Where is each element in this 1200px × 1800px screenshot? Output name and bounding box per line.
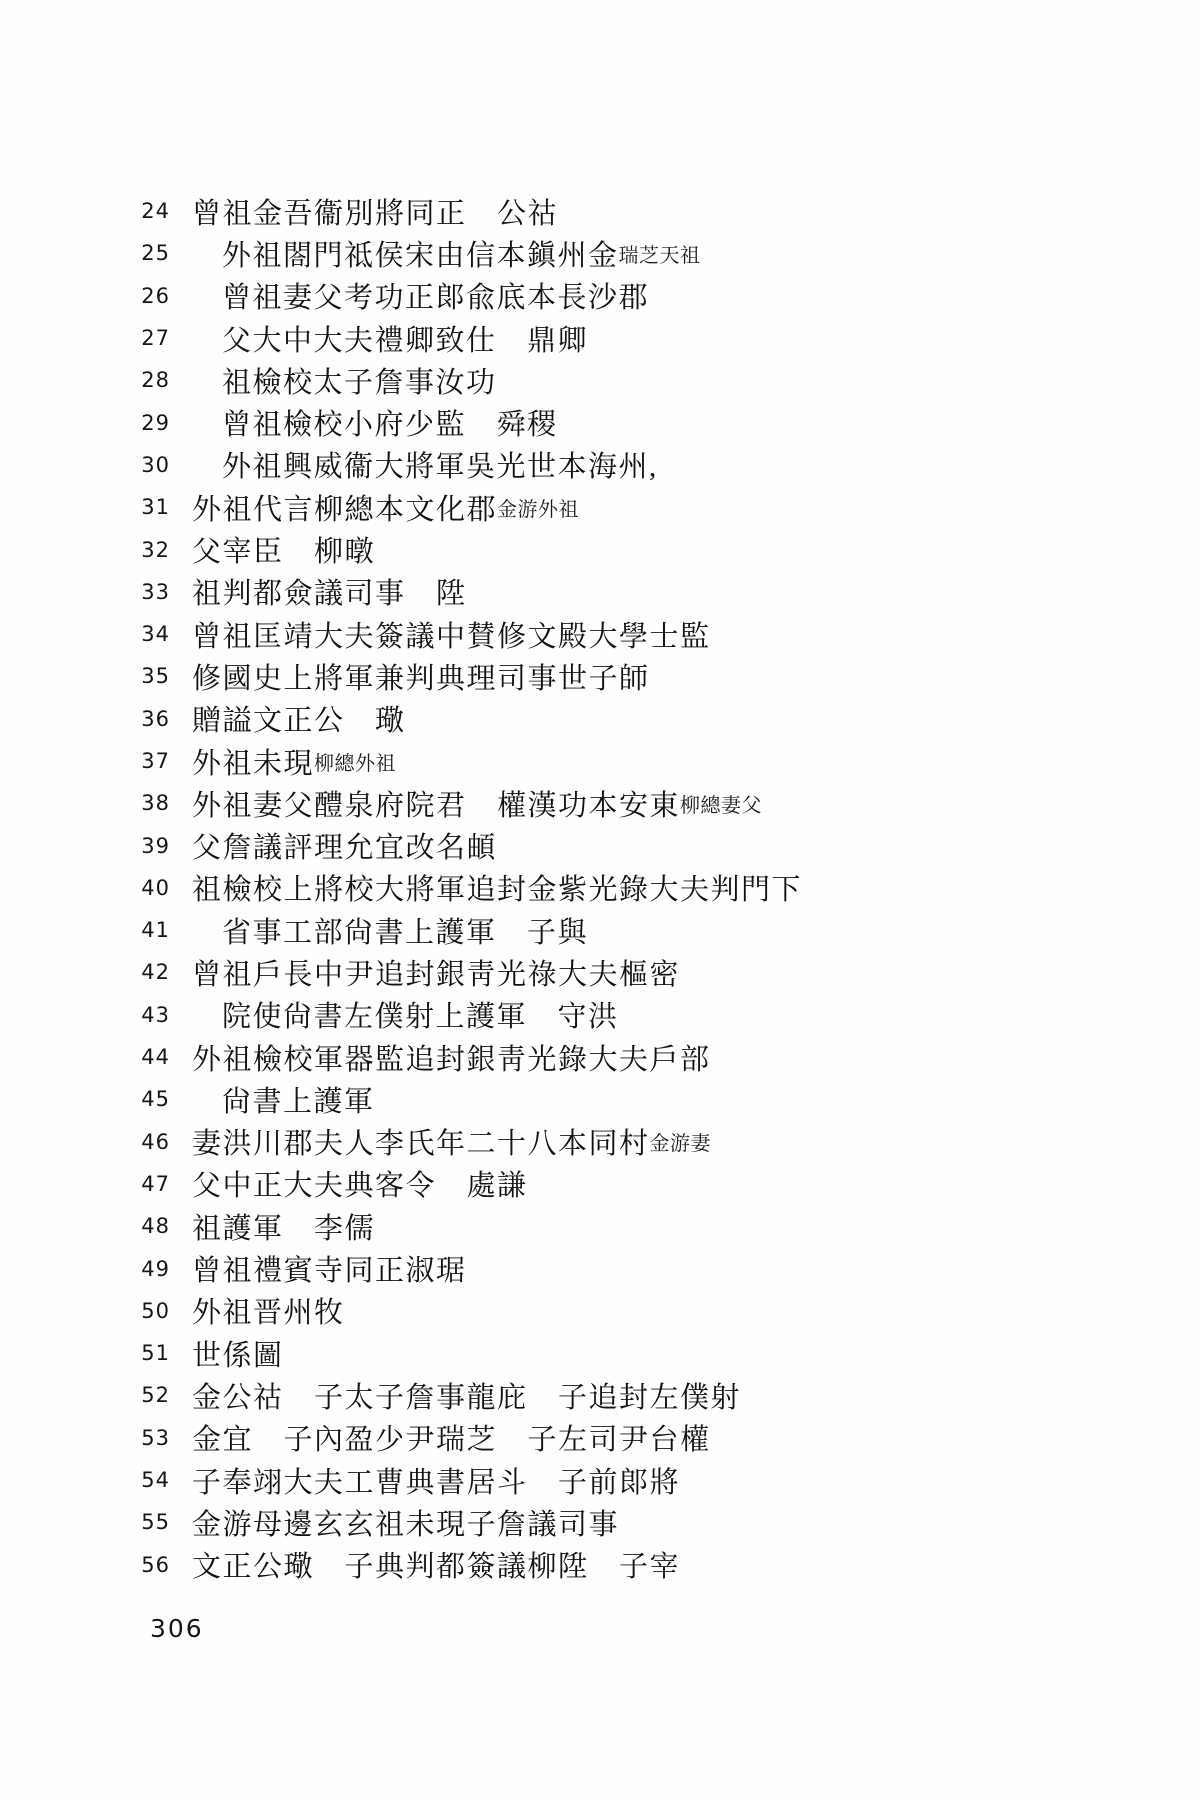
line-number: 36 [126,707,170,731]
line-number: 39 [126,834,170,858]
line-number: 31 [126,495,170,519]
register-line: 26曾祖妻父考功正郞兪底本長沙郡 [0,275,1200,317]
line-text: 金宜 子內盈少尹瑞芝 子左司尹台權 [192,1417,711,1458]
line-number: 28 [126,368,170,392]
line-text: 父宰臣 柳暾 [192,529,375,570]
register-line: 49曾祖禮賓寺同正淑琚 [0,1247,1200,1289]
line-text: 外祖閤門祗侯宋由信本鎭州金 [222,233,619,274]
register-line: 48祖護軍 李儒 [0,1205,1200,1247]
register-line: 34曾祖匡靖大夫簽議中賛修文殿大學士監 [0,613,1200,655]
line-number: 33 [126,580,170,604]
line-number: 25 [126,241,170,265]
register-line: 28祖檢校太子詹事汝功 [0,359,1200,401]
register-line: 44外祖檢校軍器監追封銀靑光錄大夫戶部 [0,1036,1200,1078]
register-line: 42曾祖戶長中尹追封銀靑光祿大夫樞密 [0,951,1200,993]
register-line: 36贈謚文正公 璥 [0,698,1200,740]
line-text: 祖護軍 李儒 [192,1206,375,1247]
register-line-list: 24曾祖金吾衞別將同正 公祜25外祖閤門祗侯宋由信本鎭州金瑞芝天祖26曾祖妻父考… [0,190,1200,1586]
register-line: 24曾祖金吾衞別將同正 公祜 [0,190,1200,232]
line-text: 金公祜 子太子詹事龍庇 子追封左僕射 [192,1375,741,1416]
line-number: 49 [126,1257,170,1281]
line-number: 56 [126,1553,170,1577]
line-text: 父大中大夫禮卿致仕 鼎卿 [222,318,588,359]
line-number: 37 [126,749,170,773]
line-number: 24 [126,199,170,223]
line-text: 外祖未現 [192,741,314,782]
line-number: 48 [126,1214,170,1238]
register-line: 25外祖閤門祗侯宋由信本鎭州金瑞芝天祖 [0,232,1200,274]
line-note: 金游妻 [650,1127,712,1156]
line-number: 26 [126,284,170,308]
register-line: 50外祖晋州牧 [0,1290,1200,1332]
line-text: 曾祖匡靖大夫簽議中賛修文殿大學士監 [192,614,711,655]
line-text: 外祖晋州牧 [192,1290,345,1331]
line-number: 38 [126,791,170,815]
register-line: 51世係圖 [0,1332,1200,1374]
line-text: 曾祖妻父考功正郞兪底本長沙郡 [222,275,649,316]
line-text: 世係圖 [192,1333,284,1374]
register-line: 30外祖興威衞大將軍吳光世本海州, [0,444,1200,486]
document-page: 24曾祖金吾衞別將同正 公祜25外祖閤門祗侯宋由信本鎭州金瑞芝天祖26曾祖妻父考… [0,0,1200,1800]
line-text: 修國史上將軍兼判典理司事世子師 [192,656,650,697]
line-text: 祖檢校上將校大將軍追封金紫光錄大夫判門下 [192,867,802,908]
line-number: 35 [126,664,170,688]
line-text: 曾祖檢校小府少監 舜稷 [222,402,558,443]
line-text: 院使尙書左僕射上護軍 守洪 [222,994,619,1035]
line-text: 曾祖戶長中尹追封銀靑光祿大夫樞密 [192,952,680,993]
line-note: 柳總妻父 [680,789,762,818]
line-number: 45 [126,1087,170,1111]
register-line: 33祖判都僉議司事 陞 [0,571,1200,613]
register-line: 39父詹議評理允宜改名頔 [0,824,1200,866]
register-line: 45尙書上護軍 [0,1078,1200,1120]
register-line: 53金宜 子內盈少尹瑞芝 子左司尹台權 [0,1417,1200,1459]
register-line: 47父中正大夫典客令 處謙 [0,1163,1200,1205]
line-number: 42 [126,960,170,984]
register-line: 35修國史上將軍兼判典理司事世子師 [0,655,1200,697]
register-line: 56文正公璥 子典判都簽議柳陞 子宰 [0,1544,1200,1586]
line-text: 外祖代言柳總本文化郡 [192,487,497,528]
register-line: 31外祖代言柳總本文化郡金游外祖 [0,486,1200,528]
line-note: 柳總外祖 [314,747,396,776]
line-text: 外祖興威衞大將軍吳光世本海州, [222,444,658,485]
register-line: 46妻洪川郡夫人李氏年二十八本同村金游妻 [0,1121,1200,1163]
line-text: 祖判都僉議司事 陞 [192,571,467,612]
line-text: 文正公璥 子典判都簽議柳陞 子宰 [192,1544,680,1585]
line-text: 祖檢校太子詹事汝功 [222,360,497,401]
line-text: 父中正大夫典客令 處謙 [192,1163,528,1204]
register-line: 29曾祖檢校小府少監 舜稷 [0,401,1200,443]
line-text: 曾祖金吾衞別將同正 公祜 [192,191,558,232]
line-number: 54 [126,1468,170,1492]
line-text: 父詹議評理允宜改名頔 [192,825,497,866]
line-number: 40 [126,876,170,900]
line-text: 尙書上護軍 [222,1079,375,1120]
line-number: 27 [126,326,170,350]
line-number: 29 [126,411,170,435]
line-number: 32 [126,538,170,562]
register-line: 43院使尙書左僕射上護軍 守洪 [0,994,1200,1036]
register-line: 32父宰臣 柳暾 [0,528,1200,570]
line-text: 贈謚文正公 璥 [192,698,406,739]
register-line: 27父大中大夫禮卿致仕 鼎卿 [0,317,1200,359]
line-text: 省事工部尙書上護軍 子與 [222,910,588,951]
page-number: 306 [150,1614,204,1643]
register-line: 40祖檢校上將校大將軍追封金紫光錄大夫判門下 [0,867,1200,909]
line-text: 外祖檢校軍器監追封銀靑光錄大夫戶部 [192,1037,711,1078]
line-text: 外祖妻父醴泉府院君 權漢功本安東 [192,783,680,824]
register-line: 41省事工部尙書上護軍 子與 [0,909,1200,951]
line-number: 41 [126,918,170,942]
line-text: 子奉翊大夫工曹典書居斗 子前郞將 [192,1460,680,1501]
line-text: 妻洪川郡夫人李氏年二十八本同村 [192,1121,650,1162]
line-number: 51 [126,1341,170,1365]
register-line: 55金游母邊玄玄祖未現子詹議司事 [0,1501,1200,1543]
line-number: 46 [126,1130,170,1154]
line-number: 44 [126,1045,170,1069]
line-number: 55 [126,1510,170,1534]
line-note: 金游外祖 [497,493,579,522]
line-text: 金游母邊玄玄祖未現子詹議司事 [192,1502,619,1543]
register-line: 54子奉翊大夫工曹典書居斗 子前郞將 [0,1459,1200,1501]
line-number: 53 [126,1426,170,1450]
line-note: 瑞芝天祖 [619,239,701,268]
register-line: 38外祖妻父醴泉府院君 權漢功本安東柳總妻父 [0,782,1200,824]
line-number: 34 [126,622,170,646]
register-line: 52金公祜 子太子詹事龍庇 子追封左僕射 [0,1374,1200,1416]
line-number: 52 [126,1383,170,1407]
line-number: 43 [126,1003,170,1027]
line-number: 50 [126,1299,170,1323]
line-number: 47 [126,1172,170,1196]
line-text: 曾祖禮賓寺同正淑琚 [192,1248,467,1289]
line-number: 30 [126,453,170,477]
register-line: 37外祖未現柳總外祖 [0,740,1200,782]
